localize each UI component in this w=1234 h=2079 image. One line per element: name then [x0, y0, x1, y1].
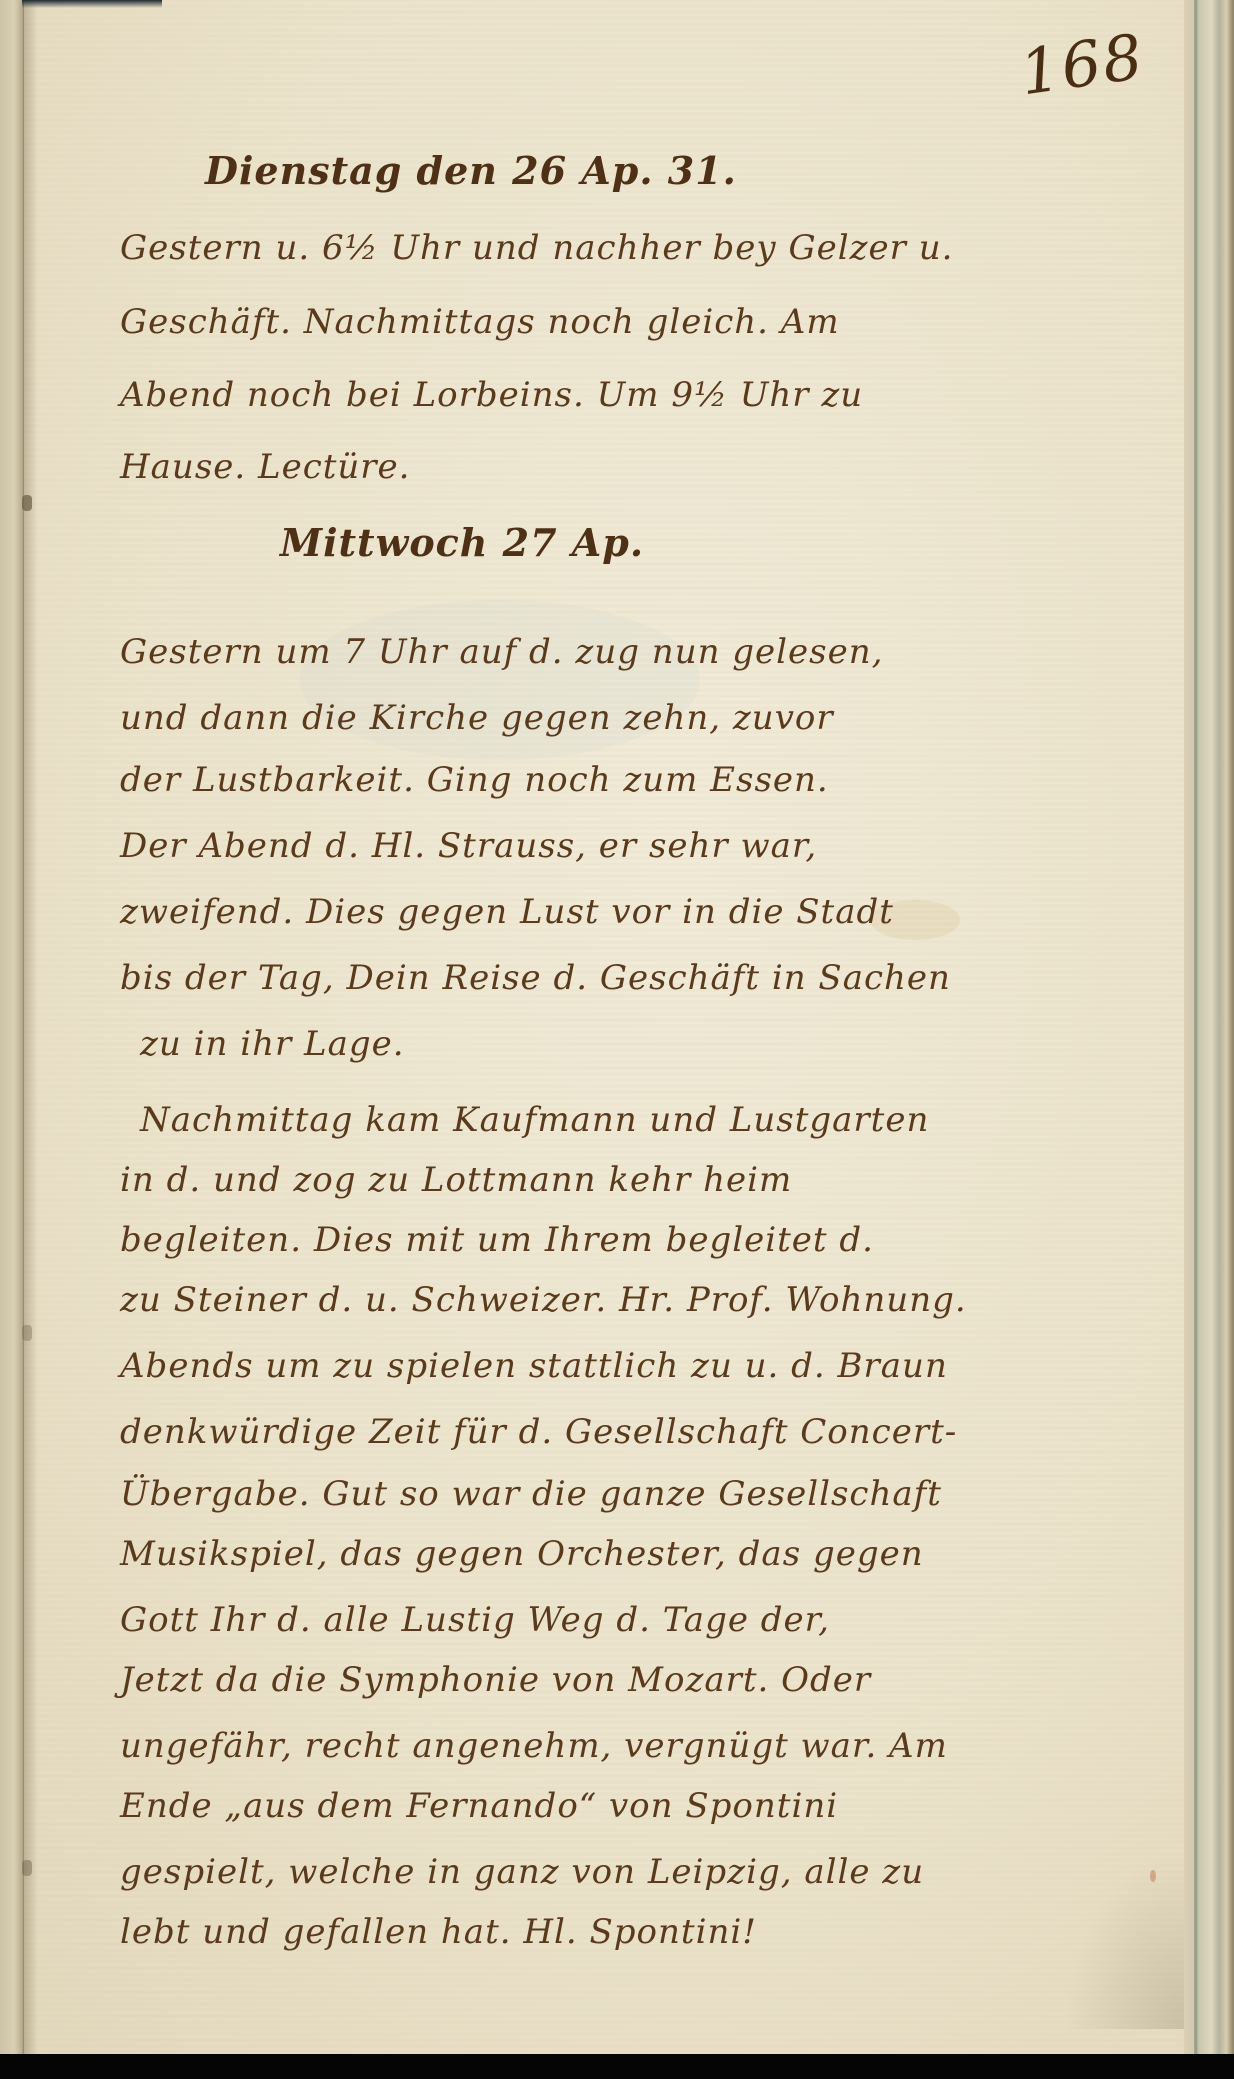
binding-stitch	[22, 495, 32, 511]
paper-stain	[1150, 1870, 1156, 1882]
entry-line: Hause. Lectüre.	[120, 447, 411, 487]
left-binding-gutter	[0, 0, 24, 2054]
entry-heading-wednesday: Mittwoch 27 Ap.	[280, 520, 644, 565]
binding-stitch	[22, 1325, 32, 1341]
entry-line: Gott Ihr d. alle Lustig Weg d. Tage der,	[120, 1600, 830, 1640]
entry-line: Jetzt da die Symphonie von Mozart. Oder	[120, 1660, 871, 1700]
gutter-shadow	[24, 0, 38, 2054]
page-number: 168	[1016, 20, 1149, 110]
entry-line: Ende „aus dem Fernando“ von Spontini	[120, 1786, 838, 1826]
entry-line: Musikspiel, das gegen Orchester, das geg…	[120, 1534, 924, 1574]
entry-line: begleiten. Dies mit um Ihrem begleitet d…	[120, 1220, 874, 1260]
entry-line: gespielt, welche in ganz von Leipzig, al…	[120, 1852, 924, 1892]
entry-line: Abends um zu spielen stattlich zu u. d. …	[120, 1346, 948, 1386]
right-page-edges	[1184, 0, 1234, 2054]
entry-line: zu in ihr Lage.	[140, 1024, 405, 1064]
entry-line: Nachmittag kam Kaufmann und Lustgarten	[140, 1100, 929, 1140]
entry-line: lebt und gefallen hat. Hl. Spontini!	[120, 1912, 757, 1952]
entry-line: Gestern um 7 Uhr auf d. zug nun gelesen,	[120, 632, 883, 672]
entry-line: Abend noch bei Lorbeins. Um 9½ Uhr zu	[120, 375, 863, 415]
entry-line: Der Abend d. Hl. Strauss, er sehr war,	[120, 826, 817, 866]
entry-line: der Lustbarkeit. Ging noch zum Essen.	[120, 760, 829, 800]
entry-line: bis der Tag, Dein Reise d. Geschäft in S…	[120, 958, 951, 998]
entry-line: Geschäft. Nachmittags noch gleich. Am	[120, 302, 840, 342]
entry-line: denkwürdige Zeit für d. Gesellschaft Con…	[120, 1412, 957, 1452]
entry-line: Übergabe. Gut so war die ganze Gesellsch…	[120, 1474, 942, 1514]
binding-stitch	[22, 1860, 32, 1876]
manuscript-page: 168 Dienstag den 26 Ap. 31. Gestern u. 6…	[0, 0, 1234, 2054]
scan-background-bottom	[0, 2054, 1234, 2079]
entry-line: Gestern u. 6½ Uhr und nachher bey Gelzer…	[120, 228, 953, 268]
entry-line: ungefähr, recht angenehm, vergnügt war. …	[120, 1726, 948, 1766]
top-corner-shadow	[22, 0, 162, 8]
entry-line: in d. und zog zu Lottmann kehr heim	[120, 1160, 792, 1200]
entry-heading-tuesday: Dienstag den 26 Ap. 31.	[205, 148, 737, 193]
entry-line: zu Steiner d. u. Schweizer. Hr. Prof. Wo…	[120, 1280, 967, 1320]
entry-line: und dann die Kirche gegen zehn, zuvor	[120, 698, 834, 738]
entry-line: zweifend. Dies gegen Lust vor in die Sta…	[120, 892, 894, 932]
page-corner-curl	[1064, 1849, 1184, 2029]
